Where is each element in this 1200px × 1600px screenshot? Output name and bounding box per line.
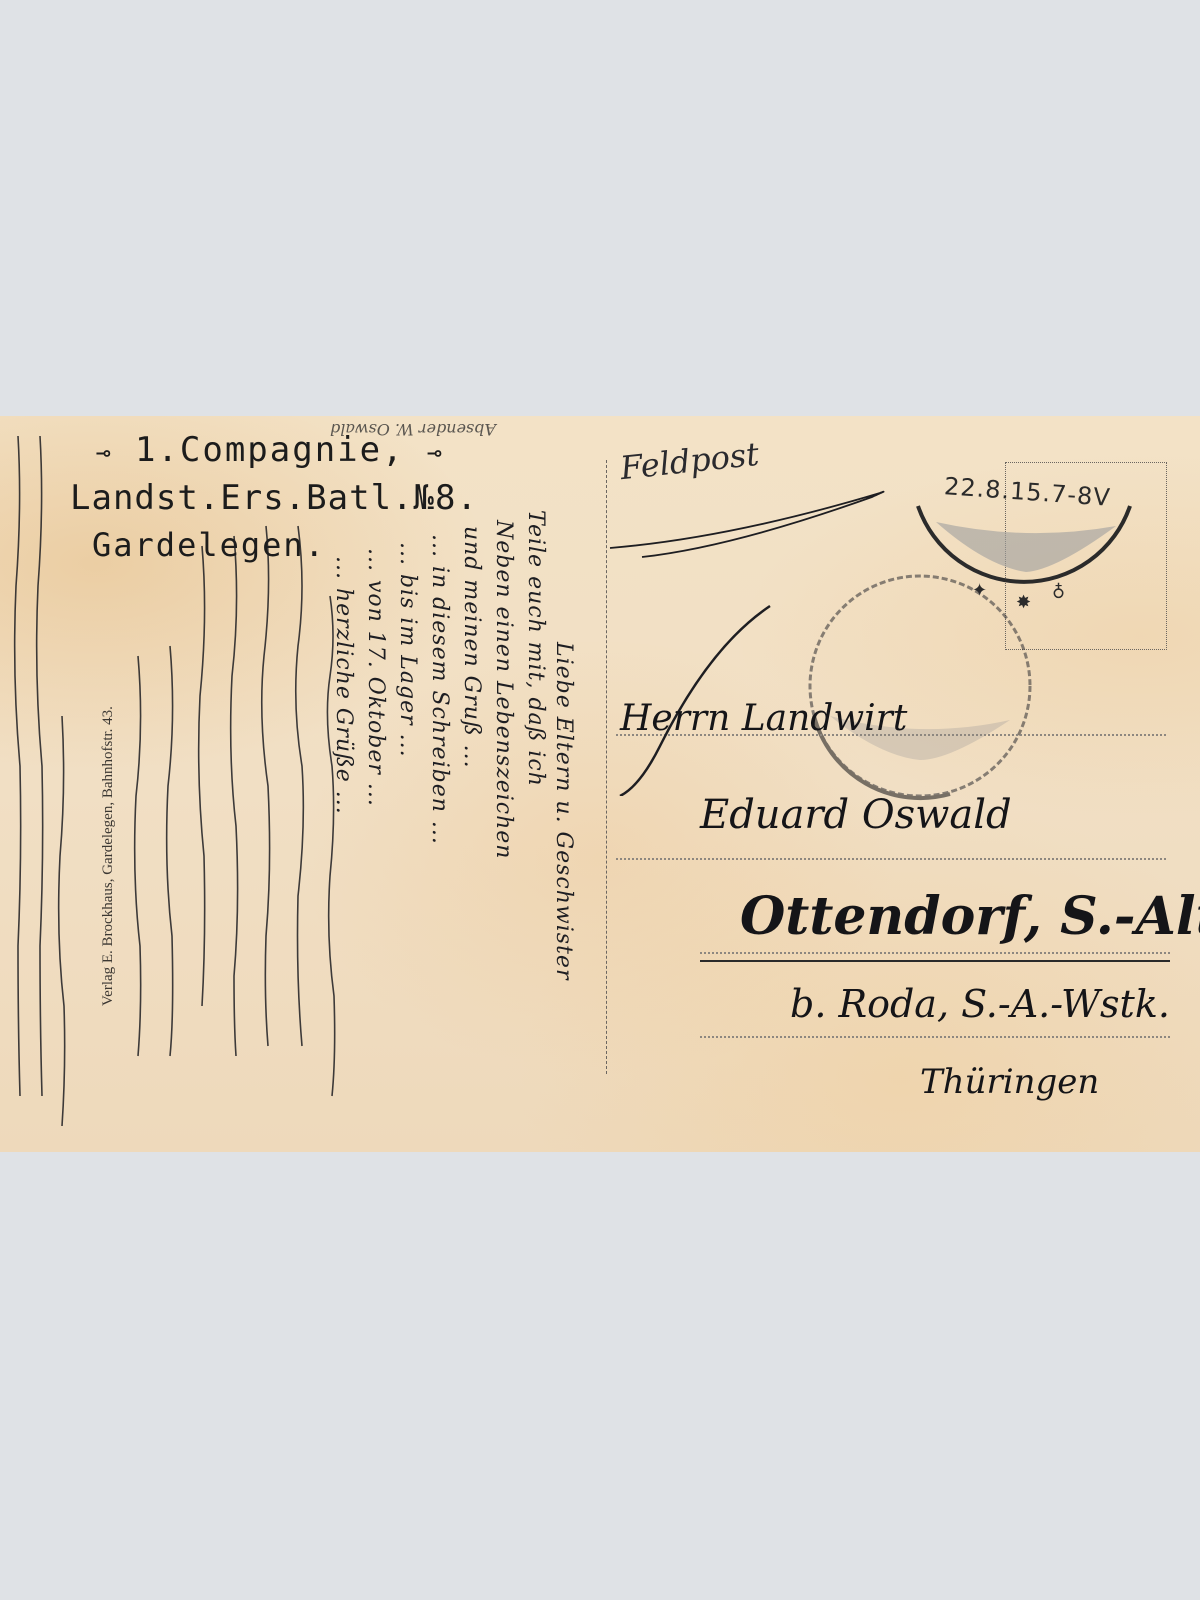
address-rule-2 — [616, 858, 1166, 860]
address-region: Thüringen — [920, 1062, 1099, 1102]
address-rule-4 — [700, 1036, 1170, 1038]
message-scribble — [0, 416, 600, 1152]
address-town: Ottendorf, S.-Alt. — [740, 886, 1200, 947]
address-name: Eduard Oswald — [700, 792, 1012, 838]
address-district: b. Roda, S.-A.-Wstk. — [790, 982, 1170, 1026]
handwritten-message: Liebe Eltern u. Geschwister Teile euch m… — [0, 416, 590, 1152]
town-underline — [700, 960, 1170, 962]
feldpost-flourish — [600, 486, 890, 566]
svg-text:♁: ♁ — [1052, 580, 1065, 601]
address-salutation: Herrn Landwirt — [620, 698, 907, 739]
feldpost-marking: Feldpost — [618, 435, 760, 487]
address-rule-3 — [700, 952, 1170, 954]
postmark-secondary-faded — [800, 566, 1040, 806]
salutation-flourish — [600, 596, 800, 796]
postcard: ⊸ 1.Compagnie, ⊸ Landst.Ers.Batl.№8. Gar… — [0, 416, 1200, 1152]
